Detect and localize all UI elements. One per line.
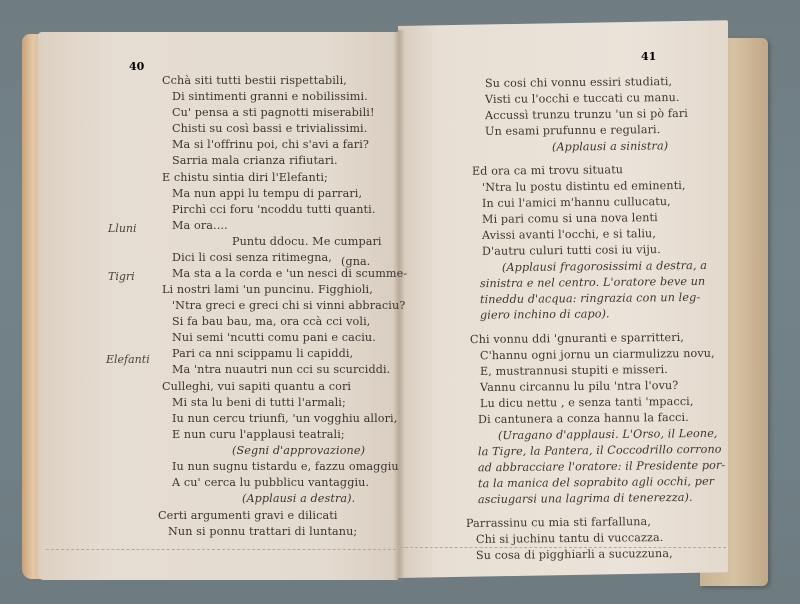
verse-line: Ma sta a la corda e 'un nesci di scumme- bbox=[172, 267, 407, 281]
verse-line: Cu' pensa a sti pagnotti miserabili! bbox=[172, 106, 375, 120]
stage-direction-line: (Segni d'approvazione) bbox=[232, 444, 365, 458]
stage-direction-line: (Applausi fragorosissimi a destra, a bbox=[502, 259, 707, 275]
right-page-number: 41 bbox=[641, 50, 656, 63]
verse-line: Su cosi chi vonnu essiri studiati, bbox=[485, 75, 672, 91]
speaker-label: Elefanti bbox=[106, 353, 150, 366]
verse-line: 'Ntra greci e greci chi si vinni abbraci… bbox=[172, 299, 405, 313]
verse-line: Ma si l'offrinu poi, chi s'avi a fari? bbox=[172, 138, 369, 152]
verse-line: Ma 'ntra nuautri nun cci su scurciddi. bbox=[172, 363, 390, 377]
stage-direction-line: asciugarsi una lagrima di tenerezza). bbox=[478, 491, 693, 507]
stage-direction-line: (Applausi a sinistra) bbox=[552, 139, 668, 154]
verse-line: Chi vonnu ddi 'gnuranti e sparritteri, bbox=[470, 331, 684, 347]
verse-line: Mi pari comu si una nova lenti bbox=[482, 211, 658, 227]
stage-direction-line: (Uragano d'applausi. L'Orso, il Leone, bbox=[498, 427, 718, 443]
verse-line: Lu dicu nettu , e senza tanti 'mpacci, bbox=[480, 395, 694, 411]
verse-line: Dici li cosi senza ritimegna, bbox=[172, 251, 332, 265]
left-page-number: 40 bbox=[129, 60, 144, 73]
verse-line: Nun si ponnu trattari di luntanu; bbox=[168, 525, 357, 539]
speaker-label: Lluni bbox=[108, 222, 137, 235]
verse-line: Un esami prufunnu e regulari. bbox=[485, 123, 660, 139]
verse-line: Nui semi 'ncutti comu pani e caciu. bbox=[172, 331, 376, 345]
verse-line: 'Ntra lu postu distintu ed eminenti, bbox=[482, 179, 686, 195]
verse-line: Iu nun sugnu tistardu e, fazzu omaggiu bbox=[172, 460, 399, 474]
verse-line: Pirchì cci foru 'ncoddu tutti quanti. bbox=[172, 203, 375, 217]
verse-line: D'autru culuri tutti cosi iu viju. bbox=[482, 243, 661, 259]
verse-line: Si fa bau bau, ma, ora ccà cci voli, bbox=[172, 315, 370, 329]
stage-direction-line: giero inchino di capo). bbox=[480, 307, 610, 322]
verse-line: Certi argumenti gravi e dilicati bbox=[158, 509, 338, 523]
verse-line: Chisti su così bassi e trivialissimi. bbox=[172, 122, 367, 136]
verse-line: Sarria mala crianza rifiutari. bbox=[172, 154, 338, 168]
verse-line: Di cantunera a conza hannu la facci. bbox=[478, 411, 689, 427]
stage-direction-line: sinistra e nel centro. L'oratore beve un bbox=[480, 275, 705, 291]
verse-line: Puntu ddocu. Me cumpari bbox=[232, 235, 382, 249]
verse-line: E chistu sintia diri l'Elefanti; bbox=[162, 171, 328, 185]
verse-line: C'hannu ogni jornu un ciarmulizzu novu, bbox=[480, 347, 715, 363]
verse-line: Visti cu l'occhi e tuccati cu manu. bbox=[485, 91, 680, 107]
verse-line: Di sintimenti granni e nobilissimi. bbox=[172, 90, 368, 104]
left-page-deckle-edge bbox=[46, 549, 396, 551]
verse-line: E, mustrannusi stupiti e misseri. bbox=[480, 363, 668, 379]
verse-line: Ma ora.... bbox=[172, 219, 228, 233]
verse-line: Culleghi, vui sapiti quantu a cori bbox=[162, 380, 351, 394]
verse-line: E nun curu l'applausi teatrali; bbox=[172, 428, 345, 442]
verse-line: Ma nun appi lu tempu di parrari, bbox=[172, 187, 362, 201]
verse-line: Pari ca nni scippamu li capiddi, bbox=[172, 347, 353, 361]
stage-direction-line: ad abbracciare l'oratore: il Presidente … bbox=[478, 459, 725, 476]
verse-line: Ed ora ca mi trovu situatu bbox=[472, 163, 623, 179]
verse-line: Su cosa di pigghiarli a sucuzzuna, bbox=[476, 547, 673, 563]
verse-line: Accussì trunzu trunzu 'un si pò fari bbox=[485, 107, 688, 123]
verse-line: Iu nun cercu triunfi, 'un vogghiu allori… bbox=[172, 412, 397, 426]
verse-line: Li nostri lami 'un puncinu. Figghioli, bbox=[162, 283, 373, 297]
verse-line: Avissi avanti l'occhi, e si taliu, bbox=[482, 227, 656, 243]
stage-direction-line: la Tigre, la Pantera, il Coccodrillo cor… bbox=[478, 443, 722, 460]
verse-line: Vannu circannu lu pilu 'ntra l'ovu? bbox=[480, 379, 679, 395]
open-book: 40 41 Cchà siti tutti bestii rispettabil… bbox=[0, 0, 800, 604]
verse-line: In cui l'amici m'hannu cullucatu, bbox=[482, 195, 671, 211]
verse-line: Mi sta lu beni di tutti l'armali; bbox=[172, 396, 346, 410]
stage-direction-line: tineddu d'acqua: ringrazia con un leg- bbox=[480, 291, 700, 307]
verse-line: Cchà siti tutti bestii rispettabili, bbox=[162, 74, 347, 88]
stage-direction-line: (Applausi a destra). bbox=[242, 492, 355, 506]
verse-line: A cu' cerca lu pubblicu vantaggiu. bbox=[172, 476, 369, 490]
verse-line: Parrassinu cu mia sti farfalluna, bbox=[466, 515, 651, 531]
stage-direction-line: ta la manica del soprabito agli occhi, p… bbox=[478, 475, 714, 491]
verse-line: Chi si juchinu tantu di vuccazza. bbox=[476, 531, 664, 547]
speaker-label: Tigri bbox=[108, 270, 135, 283]
